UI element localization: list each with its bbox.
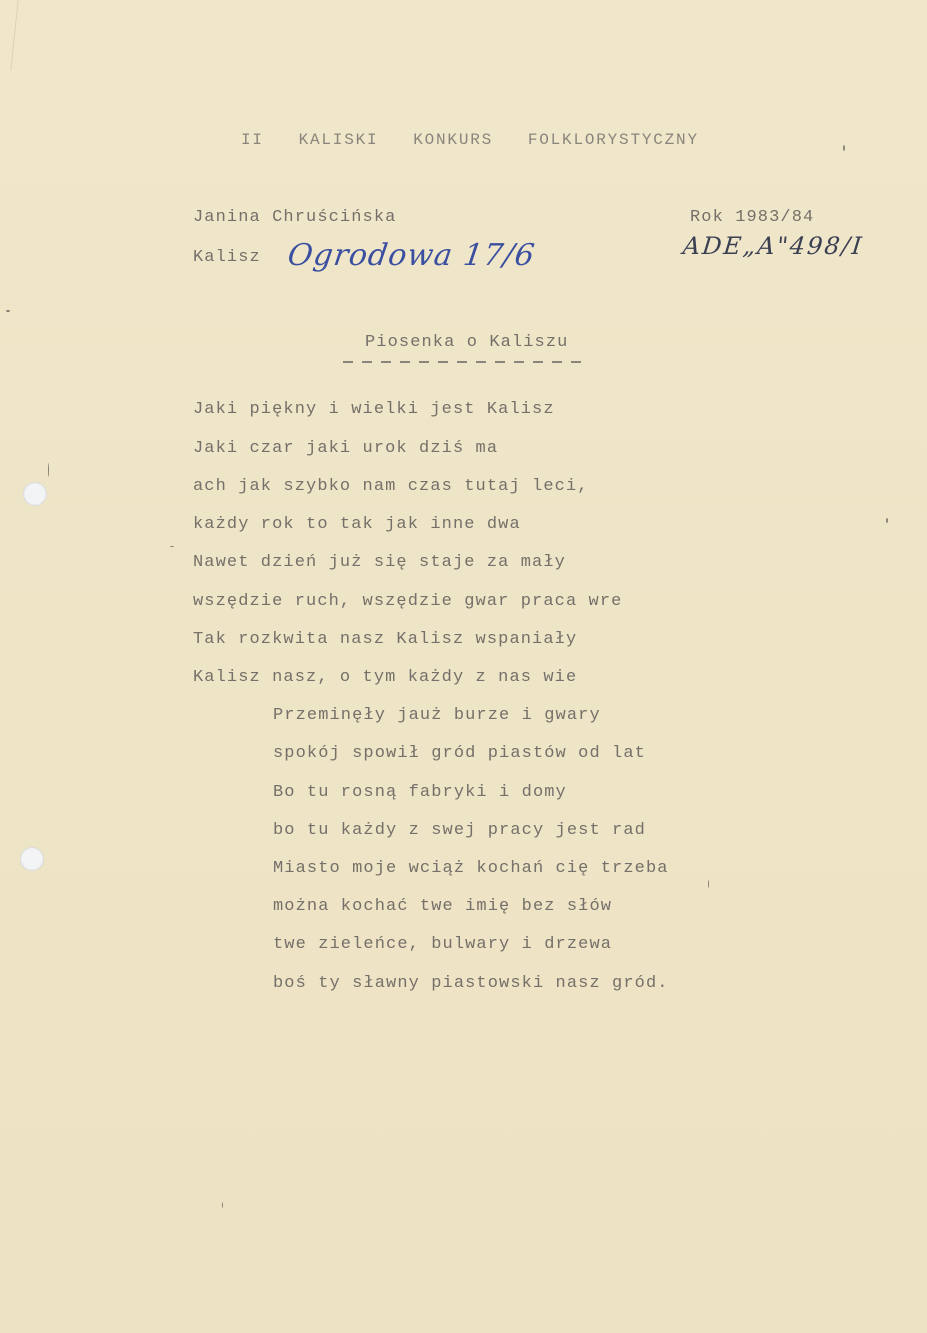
paper-mark bbox=[170, 546, 174, 547]
page-edge-shadow bbox=[0, 0, 19, 70]
paper-mark bbox=[843, 145, 845, 151]
paper-mark bbox=[886, 518, 888, 523]
author-name: Janina Chruścińska bbox=[193, 208, 396, 227]
verse-line: Jaki czar jaki urok dziś ma bbox=[193, 439, 498, 458]
verse-line: boś ty sławny piastowski nasz gród. bbox=[273, 974, 669, 993]
verse-line: wszędzie ruch, wszędzie gwar praca wre bbox=[193, 592, 622, 611]
verse-line: bo tu każdy z swej pracy jest rad bbox=[273, 821, 646, 840]
verse-line: ach jak szybko nam czas tutaj leci, bbox=[193, 477, 589, 496]
paper-mark bbox=[222, 1202, 223, 1208]
paper-mark bbox=[6, 310, 10, 312]
verse-line: Jaki piękny i wielki jest Kalisz bbox=[193, 400, 555, 419]
title-dashed-underline bbox=[343, 361, 581, 363]
verse-line: spokój spowił gród piastów od lat bbox=[273, 744, 646, 763]
paper-mark bbox=[48, 463, 49, 477]
handwritten-address: Ogrodowa 17/6 bbox=[286, 238, 538, 273]
verse-line: twe zieleńce, bulwary i drzewa bbox=[273, 935, 612, 954]
song-title: Piosenka o Kaliszu bbox=[365, 333, 568, 352]
punch-hole-icon bbox=[20, 847, 44, 871]
verse-line: każdy rok to tak jak inne dwa bbox=[193, 515, 521, 534]
verse-line: Kalisz nasz, o tym każdy z nas wie bbox=[193, 668, 577, 687]
verse-line: Nawet dzień już się staje za mały bbox=[193, 553, 566, 572]
handwritten-archive-number: ADE„A"498/I bbox=[682, 232, 865, 260]
document-page: II KALISKI KONKURS FOLKLORYSTYCZNY Janin… bbox=[0, 0, 927, 1333]
year-label: Rok 1983/84 bbox=[690, 208, 814, 227]
verse-line: Bo tu rosną fabryki i domy bbox=[273, 783, 567, 802]
verse-line: Miasto moje wciąż kochań cię trzeba bbox=[273, 859, 669, 878]
author-city: Kalisz bbox=[193, 248, 261, 267]
paper-mark bbox=[708, 880, 709, 888]
competition-header: II KALISKI KONKURS FOLKLORYSTYCZNY bbox=[241, 131, 699, 149]
verse-line: Tak rozkwita nasz Kalisz wspaniały bbox=[193, 630, 577, 649]
punch-hole-icon bbox=[23, 482, 47, 506]
verse-line: można kochać twe imię bez słów bbox=[273, 897, 612, 916]
verse-line: Przeminęły jauż burze i gwary bbox=[273, 706, 601, 725]
